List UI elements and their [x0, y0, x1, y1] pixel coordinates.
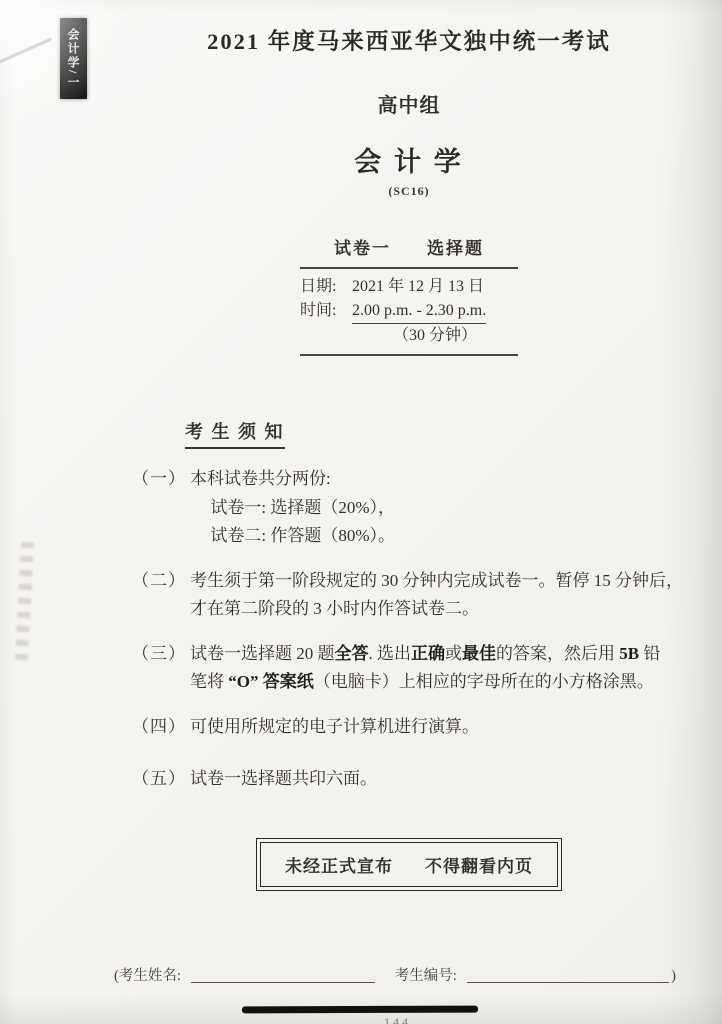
- registration-mark-bar: [242, 1006, 478, 1014]
- subject-code: (SC16): [112, 183, 706, 199]
- exam-group: 高中组: [112, 93, 706, 119]
- paper-type: 选择题: [427, 237, 484, 261]
- notice-item-marker: （四）: [132, 713, 190, 742]
- notice-item-text: 可使用所规定的电子计算机进行演算。: [190, 713, 706, 742]
- paper-label: 试卷一: [334, 237, 391, 261]
- notice-heading: 考 生 须 知: [185, 420, 285, 449]
- paper-info-body: 日期: 2021 年 12 月 13 日 时间: 2.00 p.m. - 2.3…: [300, 269, 518, 356]
- spine-tab-label: 会计学/一: [65, 28, 82, 89]
- date-row: 日期: 2021 年 12 月 13 日: [300, 275, 518, 299]
- warning-text-right: 不得翻看内页: [425, 857, 533, 876]
- notice-item-text: 本科试卷共分两份:试卷一: 选择题（20%），试卷二: 作答题（80%）。: [190, 465, 706, 551]
- time-value: 2.00 p.m. - 2.30 p.m.: [352, 299, 486, 324]
- notice-item-marker: （五）: [132, 765, 190, 794]
- warning-text-left: 未经正式宣布: [285, 857, 393, 876]
- duration-row: （30 分钟）: [300, 324, 518, 348]
- notice-item-text: 试卷一选择题 20 题全答. 选出正确或最佳的答案，然后用 5B 铅笔将 “O”…: [190, 640, 706, 697]
- date-label: 日期:: [300, 275, 342, 299]
- candidate-info-line: (考生姓名: 考生编号: ): [114, 966, 676, 986]
- time-row: 时间: 2.00 p.m. - 2.30 p.m.: [300, 299, 518, 324]
- scan-bleed-artifact: [15, 542, 34, 661]
- notice-item-text: 考生须于第一阶段规定的 30 分钟内完成试卷一。暂停 15 分钟后，才在第二阶段…: [190, 567, 706, 624]
- date-value: 2021 年 12 月 13 日: [352, 275, 484, 299]
- notice-item: （四）可使用所规定的电子计算机进行演算。: [132, 713, 706, 742]
- exam-title: 2021 年度马来西亚华文独中统一考试: [112, 27, 706, 57]
- notice-item: （二）考生须于第一阶段规定的 30 分钟内完成试卷一。暂停 15 分钟后，才在第…: [132, 567, 706, 624]
- warning-box: 未经正式宣布不得翻看内页: [256, 838, 562, 891]
- spine-tab: 会计学/一: [60, 18, 87, 99]
- scanned-exam-cover-page: 会计学/一 2021 年度马来西亚华文独中统一考试 高中组 会 计 学 (SC1…: [0, 0, 722, 1024]
- page-content: 2021 年度马来西亚华文独中统一考试 高中组 会 计 学 (SC16) 试卷一…: [112, 0, 706, 891]
- candidate-name-blank: [191, 967, 375, 983]
- paper-info-box: 试卷一 选择题 日期: 2021 年 12 月 13 日 时间: 2.00 p.…: [300, 237, 518, 356]
- notice-item: （三）试卷一选择题 20 题全答. 选出正确或最佳的答案，然后用 5B 铅笔将 …: [132, 640, 706, 697]
- paper-crease-mark: [0, 38, 52, 66]
- notice-item-text: 试卷一选择题共印六面。: [190, 765, 706, 794]
- duration-spacer: [300, 324, 342, 348]
- notice-item-marker: （一）: [132, 465, 190, 551]
- candidate-name-label: (考生姓名:: [114, 966, 181, 986]
- duration-value: （30 分钟）: [352, 324, 518, 348]
- paper-info-heading: 试卷一 选择题: [300, 237, 518, 269]
- page-number: 144: [384, 1015, 411, 1024]
- notice-item-marker: （三）: [132, 640, 190, 697]
- closing-paren: ): [671, 966, 676, 986]
- warning-box-inner: 未经正式宣布不得翻看内页: [260, 842, 558, 887]
- notice-list: （一）本科试卷共分两份:试卷一: 选择题（20%），试卷二: 作答题（80%）。…: [132, 465, 706, 794]
- candidate-id-label: 考生编号:: [395, 966, 457, 986]
- candidate-notice-section: 考 生 须 知 （一）本科试卷共分两份:试卷一: 选择题（20%），试卷二: 作…: [112, 420, 706, 794]
- subject-title: 会 计 学: [112, 145, 706, 179]
- candidate-id-blank: [467, 967, 669, 983]
- notice-item: （一）本科试卷共分两份:试卷一: 选择题（20%），试卷二: 作答题（80%）。: [132, 465, 706, 551]
- notice-item-marker: （二）: [132, 567, 190, 624]
- time-label: 时间:: [300, 299, 342, 324]
- notice-item: （五）试卷一选择题共印六面。: [132, 765, 706, 794]
